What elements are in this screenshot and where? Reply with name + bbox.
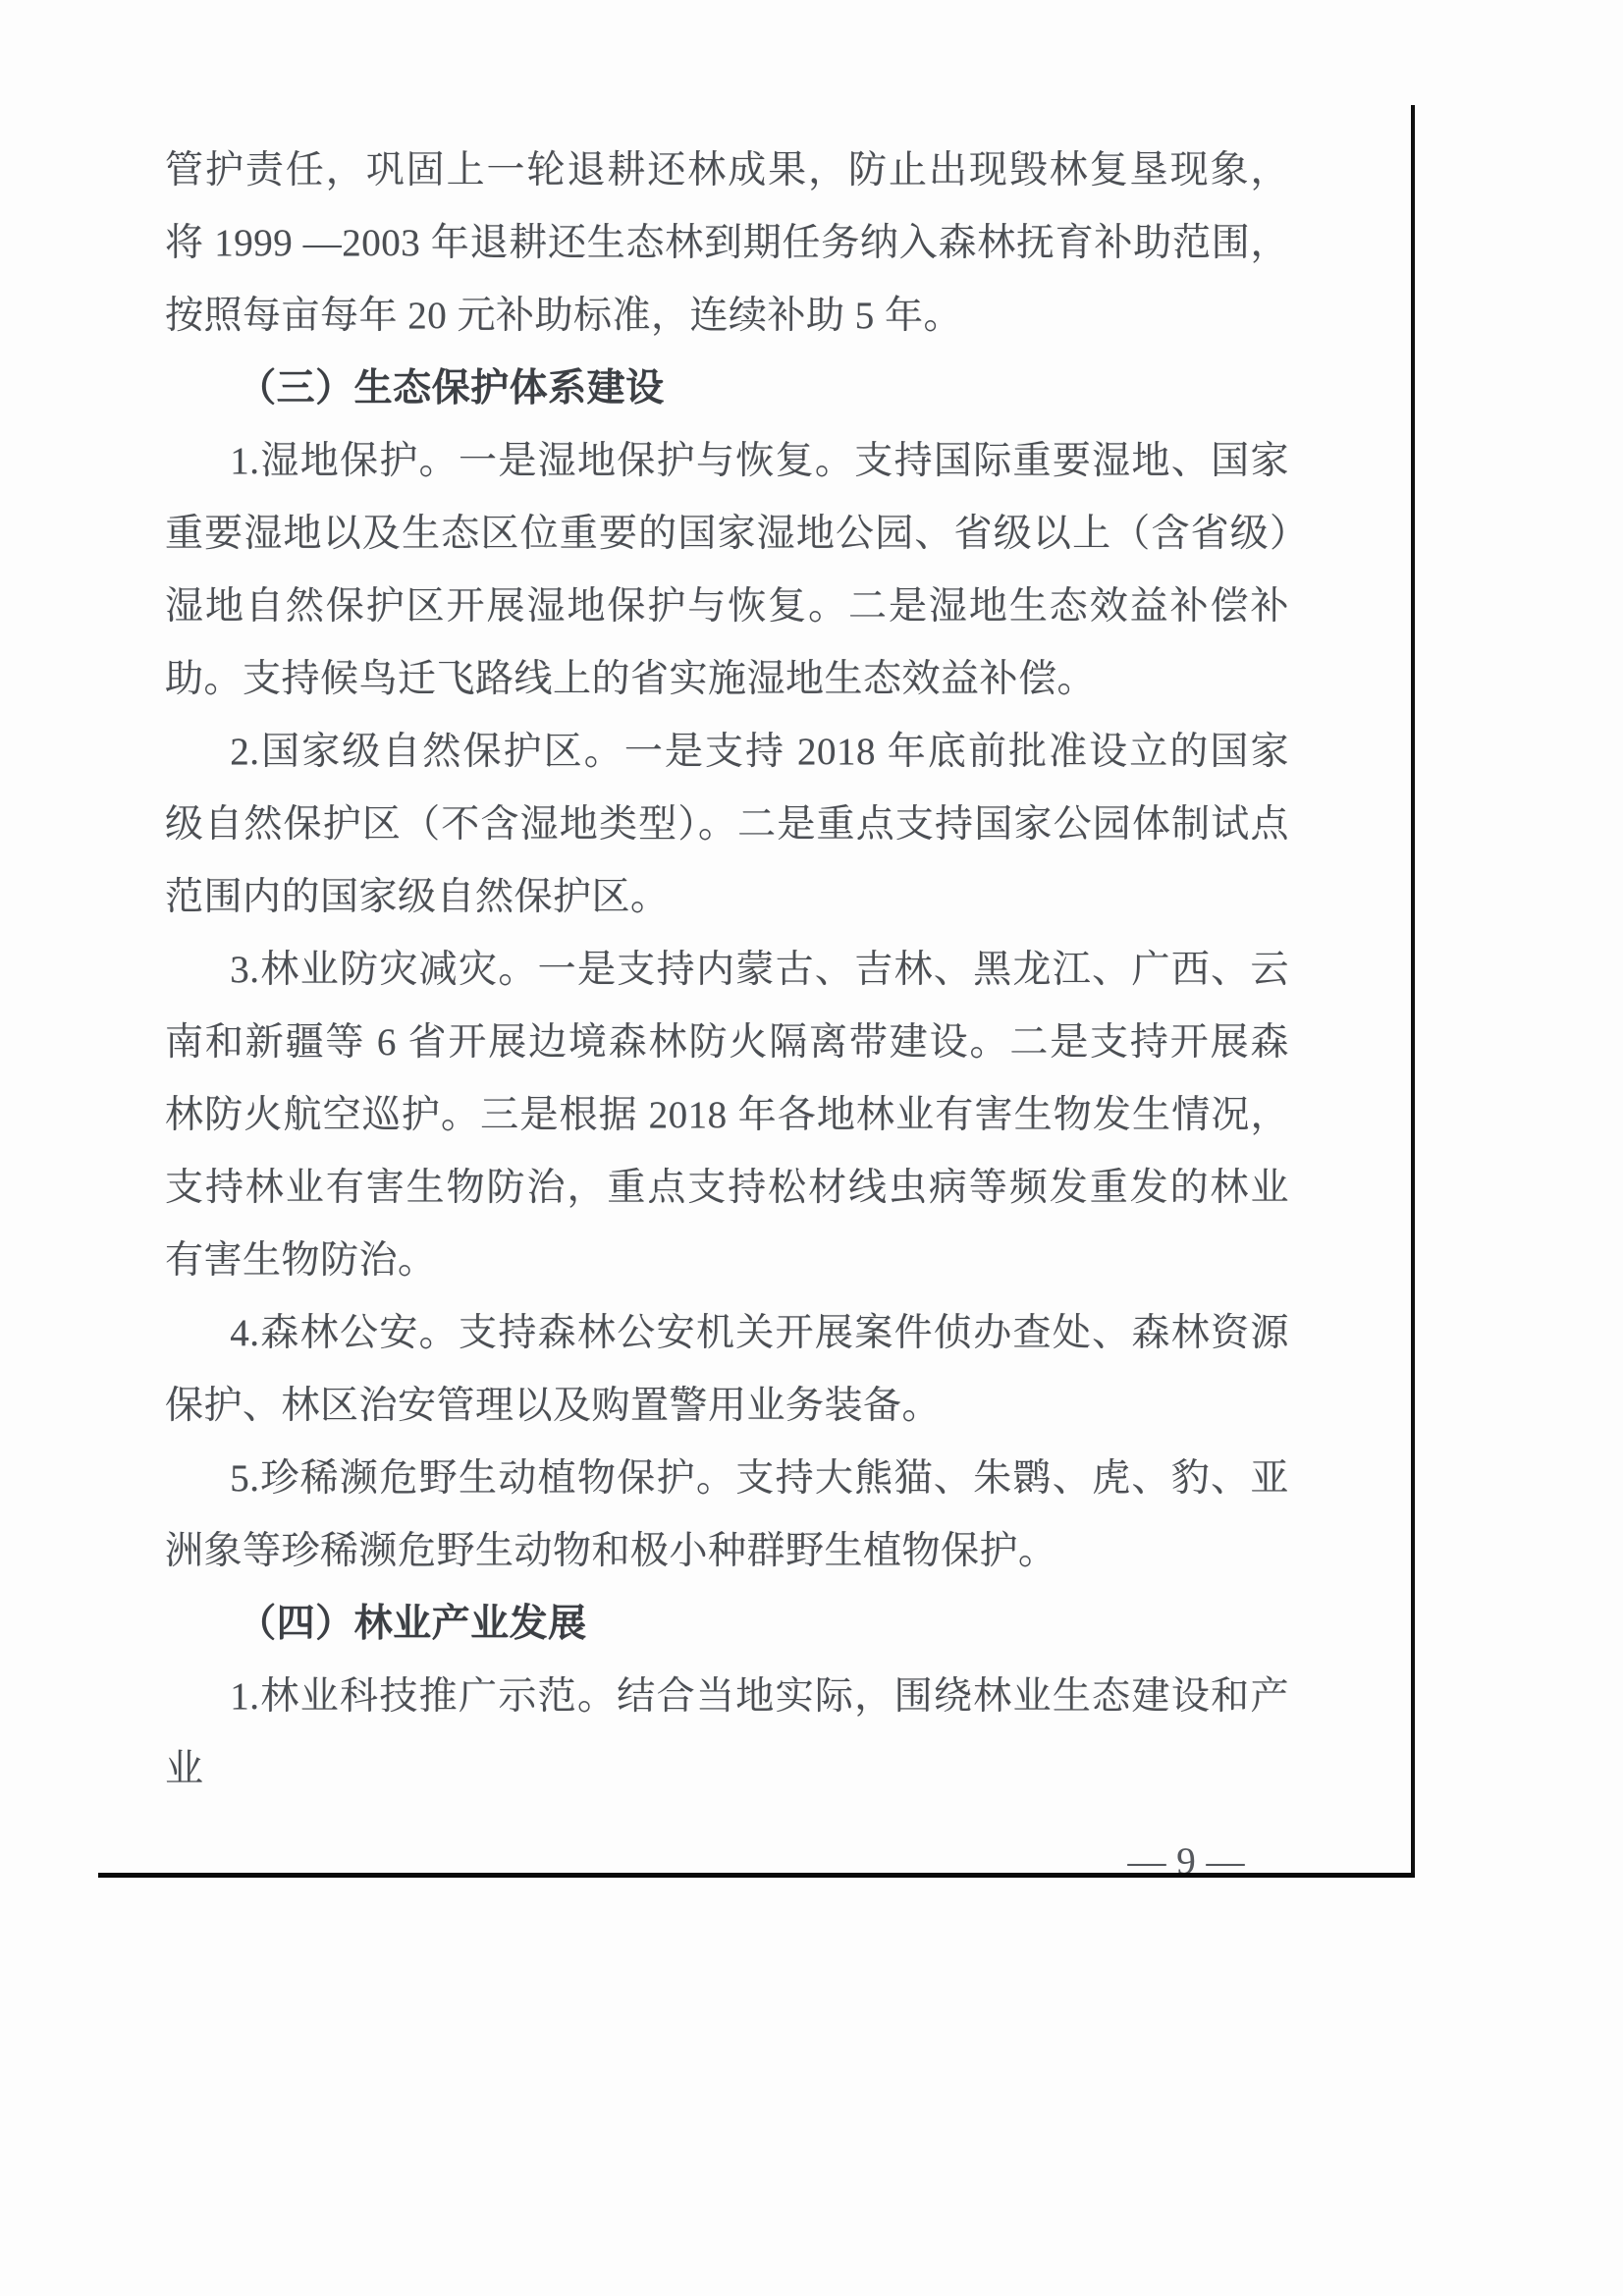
- section-heading-3: （三）生态保护体系建设: [165, 353, 1289, 425]
- paragraph-wetland-protection: 1.湿地保护。一是湿地保护与恢复。支持国际重要湿地、国家重要湿地以及生态区位重要…: [165, 425, 1289, 716]
- paragraph-endangered-species: 5.珍稀濒危野生动植物保护。支持大熊猫、朱鹮、虎、豹、亚洲象等珍稀濒危野生动物和…: [165, 1443, 1289, 1588]
- paragraph-forestry-technology: 1.林业科技推广示范。结合当地实际，围绕林业生态建设和产业: [165, 1661, 1289, 1806]
- paragraph-continuation: 管护责任，巩固上一轮退耕还林成果，防止出现毁林复垦现象，将 1999 —2003…: [165, 135, 1289, 353]
- page-number: — 9 —: [165, 1826, 1289, 1898]
- right-border-rule: [1411, 105, 1415, 1878]
- paragraph-forest-police: 4.森林公安。支持森林公安机关开展案件侦办查处、森林资源保护、林区治安管理以及购…: [165, 1297, 1289, 1443]
- paragraph-national-nature-reserves: 2.国家级自然保护区。一是支持 2018 年底前批准设立的国家级自然保护区（不含…: [165, 716, 1289, 934]
- paragraph-disaster-prevention: 3.林业防灾减灾。一是支持内蒙古、吉林、黑龙江、广西、云南和新疆等 6 省开展边…: [165, 934, 1289, 1297]
- section-heading-4: （四）林业产业发展: [165, 1588, 1289, 1661]
- bottom-border-rule: [98, 1873, 1415, 1878]
- scanned-document-page: 管护责任，巩固上一轮退耕还林成果，防止出现毁林复垦现象，将 1999 —2003…: [0, 0, 1623, 2296]
- text-block: 管护责任，巩固上一轮退耕还林成果，防止出现毁林复垦现象，将 1999 —2003…: [165, 135, 1289, 1898]
